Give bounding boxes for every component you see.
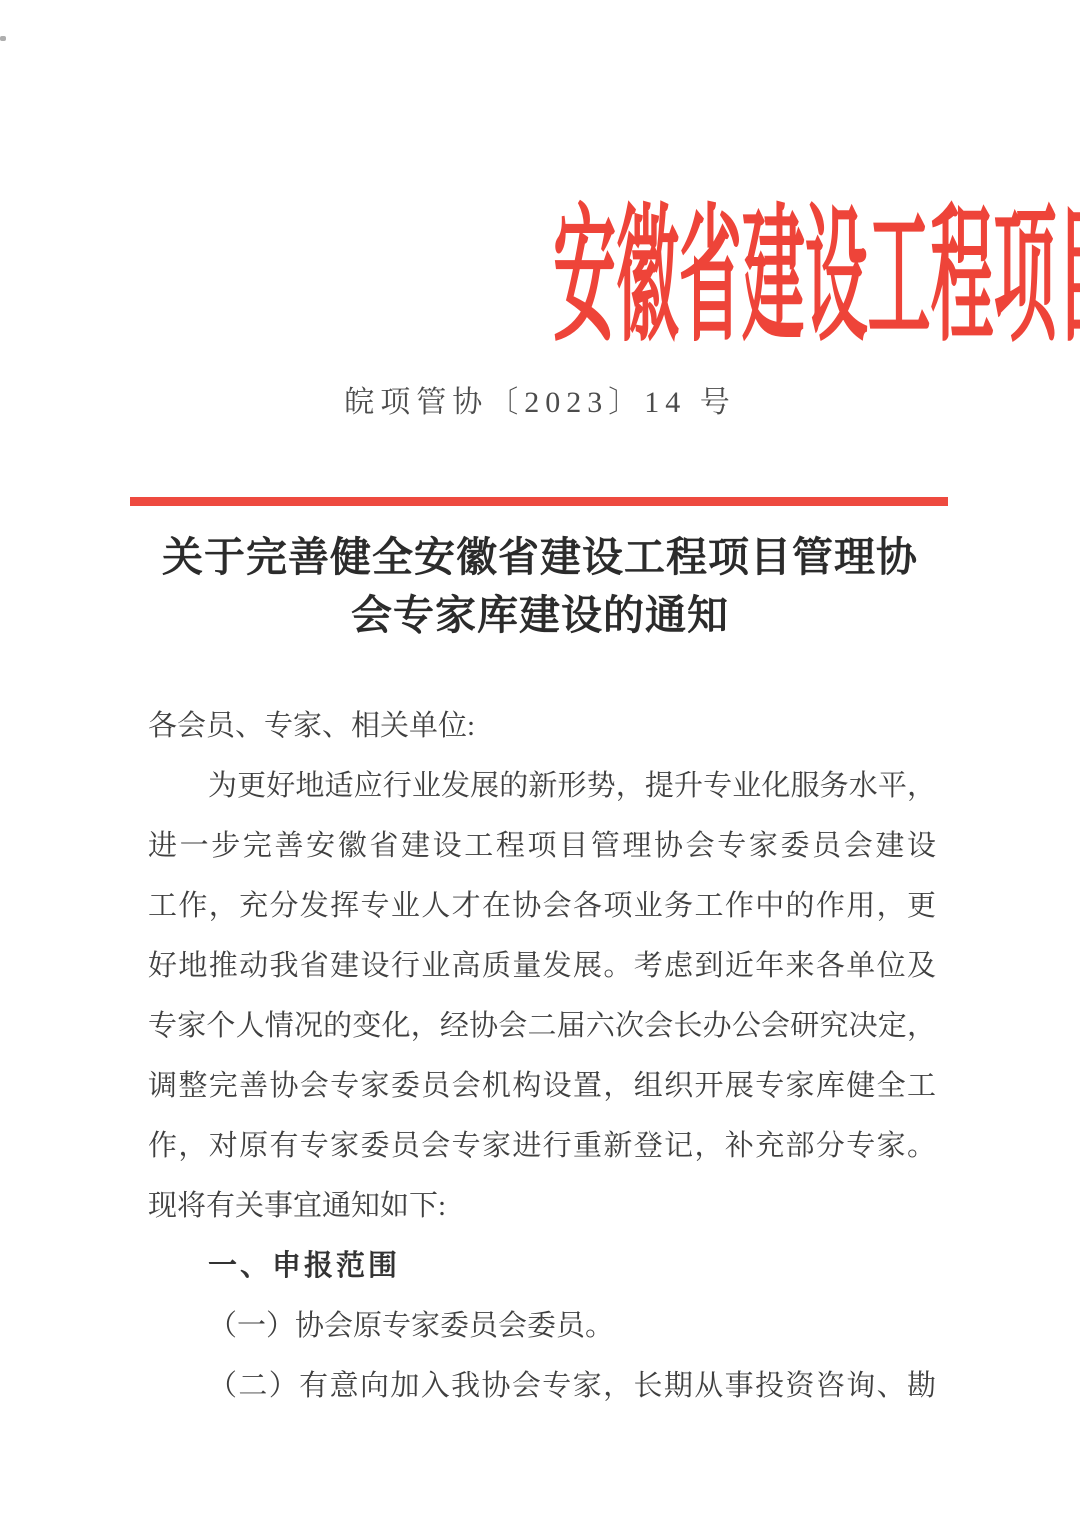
body-line: 工作，充分发挥专业人才在协会各项业务工作中的作用，更	[148, 876, 936, 936]
salutation-line: 各会员、专家、相关单位:	[148, 696, 936, 756]
body-line: 好地推动我省建设行业高质量发展。考虑到近年来各单位及	[148, 936, 936, 996]
section-heading-application-scope: 一、申报范围	[148, 1236, 936, 1296]
body-line: 为更好地适应行业发展的新形势，提升专业化服务水平，	[148, 756, 936, 816]
body-line: 作，对原有专家委员会专家进行重新登记，补充部分专家。	[148, 1116, 936, 1176]
body-line: 专家个人情况的变化，经协会二届六次会长办公会研究决定，	[148, 996, 936, 1056]
list-item-1: （一）协会原专家委员会委员。	[148, 1296, 936, 1356]
document-body: 各会员、专家、相关单位: 为更好地适应行业发展的新形势，提升专业化服务水平， 进…	[148, 696, 936, 1416]
scan-artifact-speck	[0, 36, 6, 41]
document-title-line-2: 会专家库建设的通知	[90, 586, 990, 644]
document-number: 皖项管协〔2023〕14 号	[0, 384, 1080, 422]
body-line: 调整完善协会专家委员会机构设置，组织开展专家库健全工	[148, 1056, 936, 1116]
red-divider-rule	[130, 497, 948, 506]
body-line: 进一步完善安徽省建设工程项目管理协会专家委员会建设	[148, 816, 936, 876]
list-item-2: （二）有意向加入我协会专家，长期从事投资咨询、勘	[148, 1356, 936, 1416]
official-document-page: 安徽省建设工程项目管理协会 皖项管协〔2023〕14 号 关于完善健全安徽省建设…	[0, 0, 1080, 1526]
document-title: 关于完善健全安徽省建设工程项目管理协 会专家库建设的通知	[90, 528, 990, 644]
document-title-line-1: 关于完善健全安徽省建设工程项目管理协	[90, 528, 990, 586]
letterhead: 安徽省建设工程项目管理协会	[0, 198, 1080, 358]
body-line: 现将有关事宜通知如下:	[148, 1176, 936, 1236]
letterhead-org-name: 安徽省建设工程项目管理协会	[553, 198, 1080, 358]
